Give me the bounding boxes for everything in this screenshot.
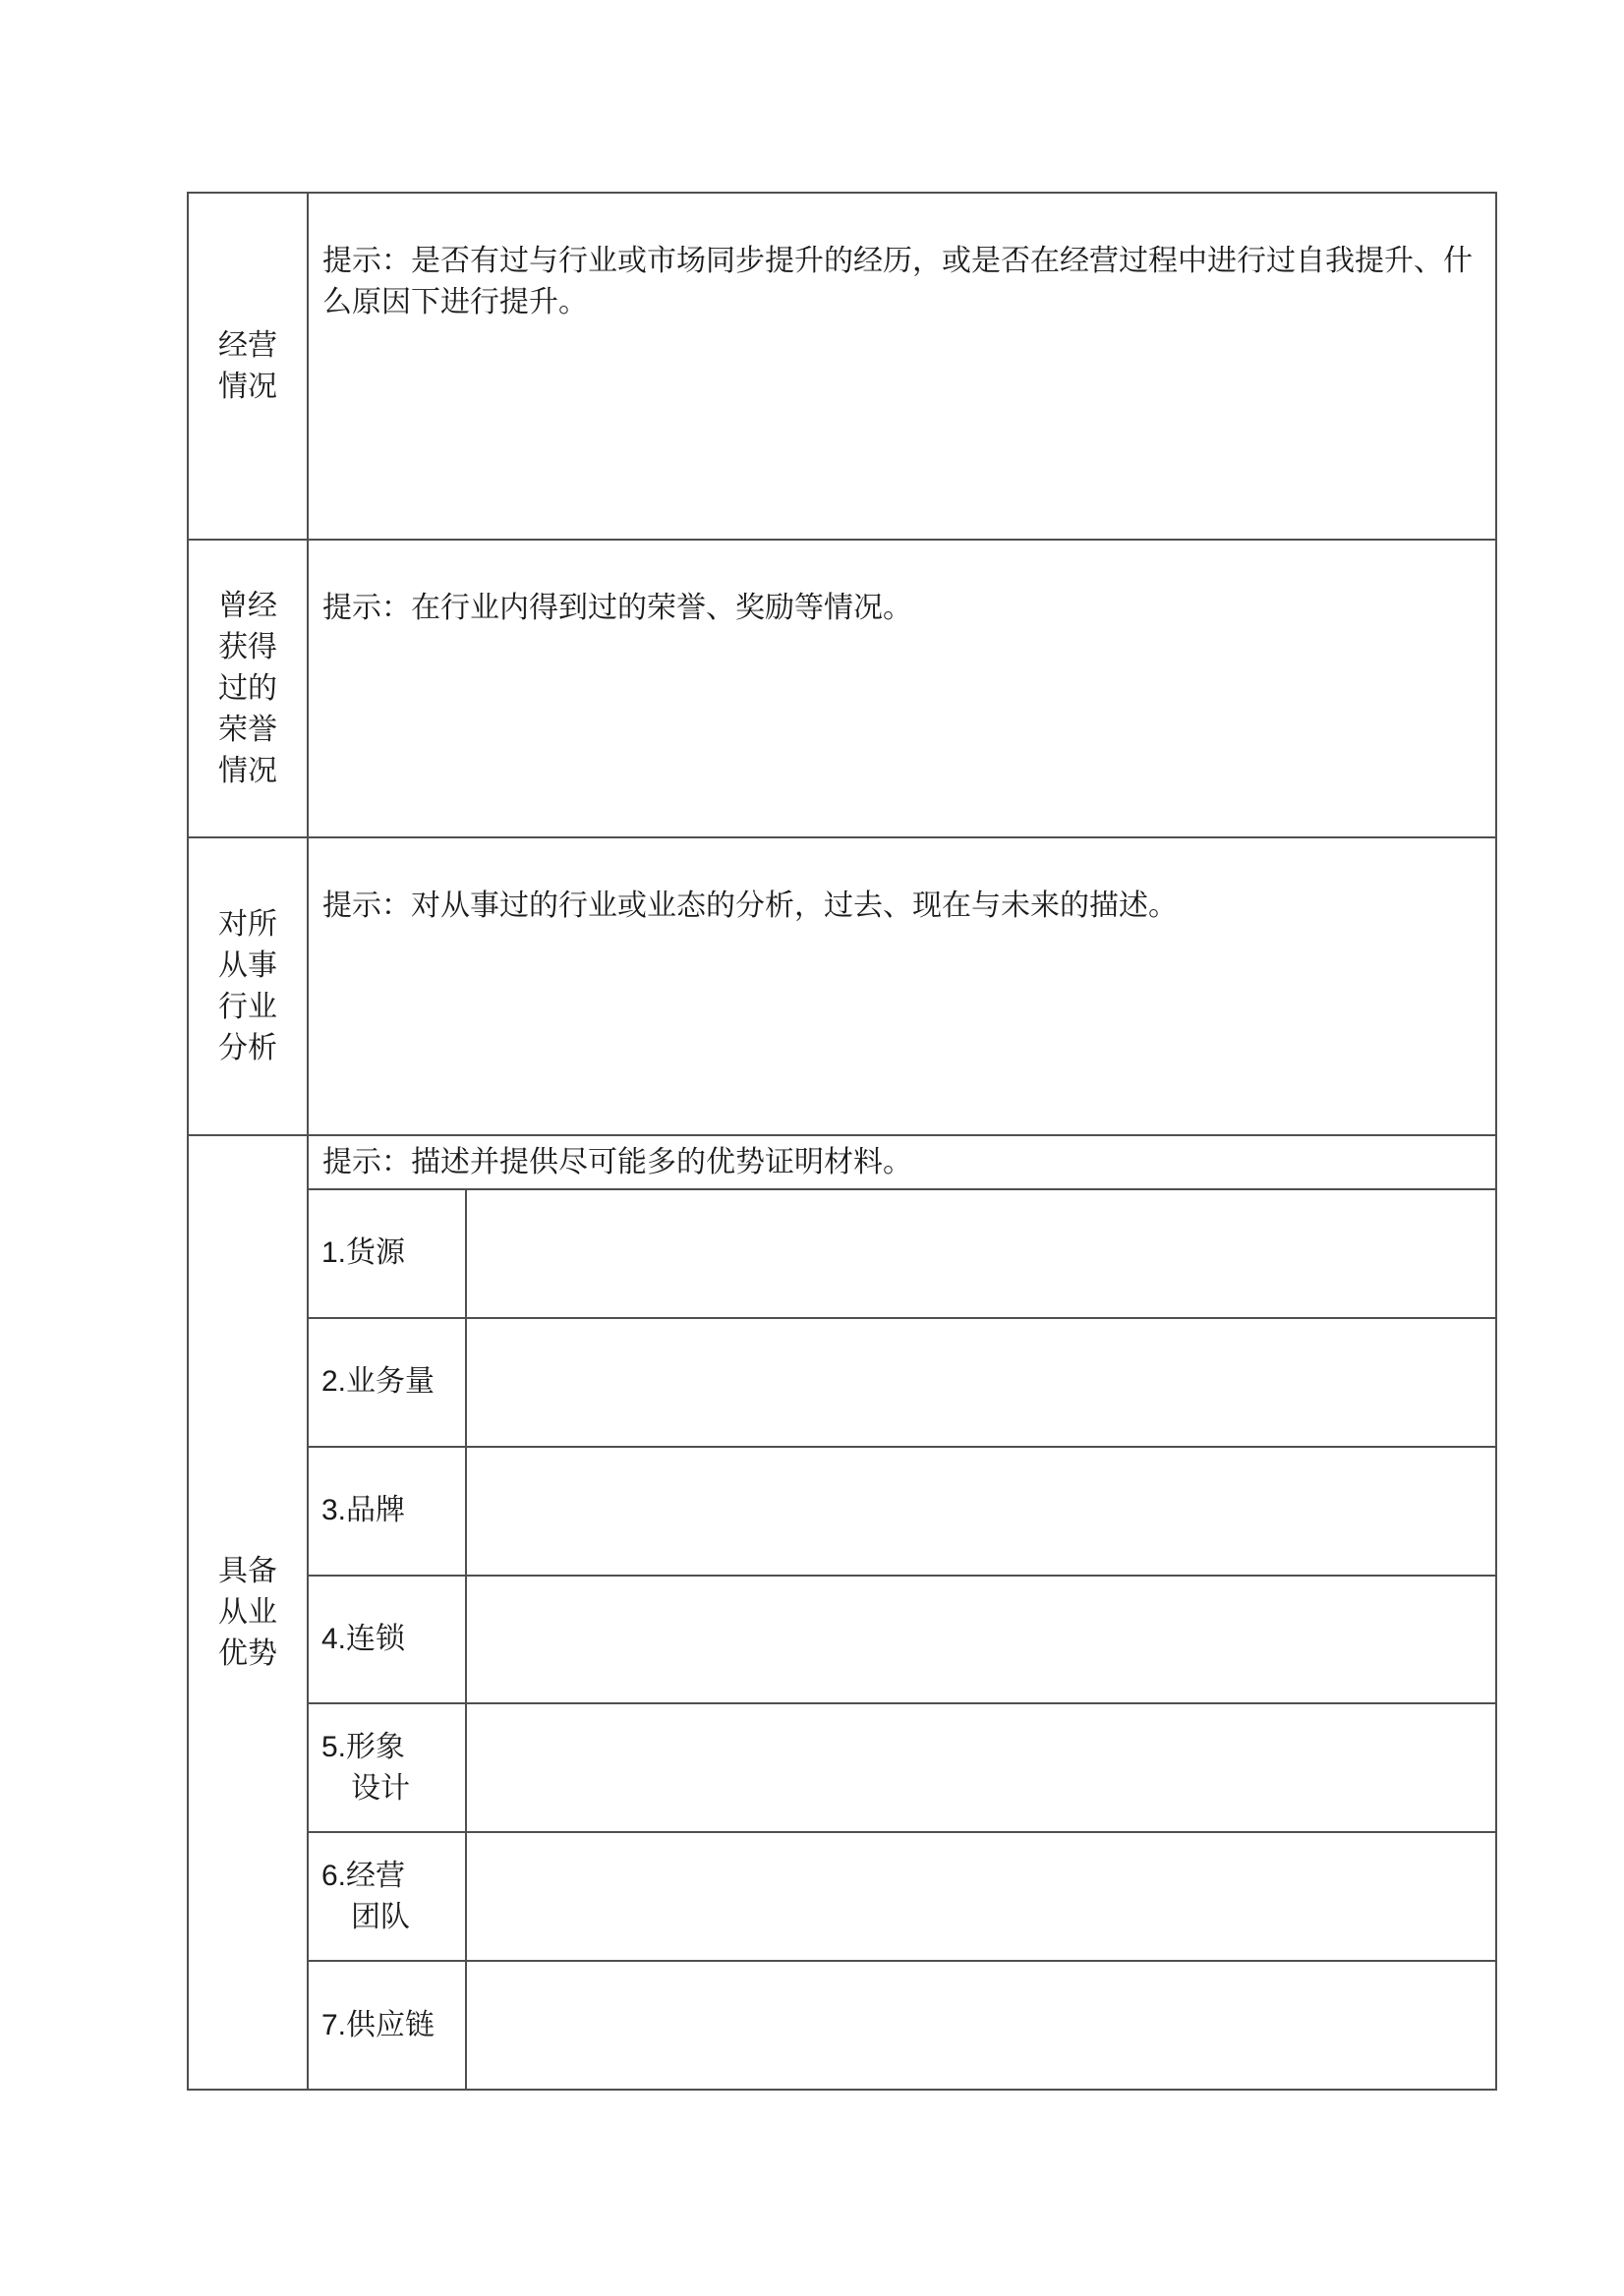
section-content-honors[interactable]: 提示：在行业内得到过的荣誉、奖励等情况。 bbox=[309, 541, 1495, 836]
business-form-table: 经营 情况 提示：是否有过与行业或市场同步提升的经历，或是否在经营过程中进行过自… bbox=[187, 192, 1497, 2091]
advantage-value-cell-supply-source[interactable] bbox=[467, 1190, 1495, 1317]
advantage-value-cell-brand[interactable] bbox=[467, 1448, 1495, 1575]
advantage-value-cell-chain[interactable] bbox=[467, 1577, 1495, 1703]
advantage-value-cell-supply-chain[interactable] bbox=[467, 1962, 1495, 2089]
hint-text-honors: 提示：在行业内得到过的荣誉、奖励等情况。 bbox=[322, 592, 912, 624]
advantage-row-chain: 4.连锁 bbox=[309, 1577, 1495, 1705]
advantage-label-supply-chain: 7.供应链 bbox=[309, 1962, 467, 2089]
advantage-row-supply-source: 1.货源 bbox=[309, 1190, 1495, 1319]
advantage-value-cell-business-volume[interactable] bbox=[467, 1319, 1495, 1446]
section-label-industry-analysis: 对所 从事 行业 分析 bbox=[189, 838, 309, 1134]
advantage-label-chain: 4.连锁 bbox=[309, 1577, 467, 1703]
advantage-label-business-volume: 2.业务量 bbox=[309, 1319, 467, 1446]
advantage-label-management-team: 6.经营 团队 bbox=[309, 1833, 467, 1960]
hint-text-advantages: 提示：描述并提供尽可能多的优势证明材料。 bbox=[322, 1142, 912, 1183]
hint-text-industry-analysis: 提示：对从事过的行业或业态的分析，过去、现在与未来的描述。 bbox=[322, 890, 1178, 922]
section-row-honors: 曾经 获得 过的 荣誉 情况 提示：在行业内得到过的荣誉、奖励等情况。 bbox=[189, 541, 1495, 838]
advantage-value-cell-management-team[interactable] bbox=[467, 1833, 1495, 1960]
advantage-value-cell-image-design[interactable] bbox=[467, 1704, 1495, 1831]
hint-text-operating-status: 提示：是否有过与行业或市场同步提升的经历，或是否在经营过程中进行过自我提升、什 … bbox=[322, 245, 1473, 318]
section-row-advantages: 具备 从业 优势 提示：描述并提供尽可能多的优势证明材料。 1.货源 2.业务量… bbox=[189, 1136, 1495, 2089]
advantage-row-business-volume: 2.业务量 bbox=[309, 1319, 1495, 1448]
section-label-operating-status: 经营 情况 bbox=[189, 194, 309, 539]
advantage-label-brand: 3.品牌 bbox=[309, 1448, 467, 1575]
advantages-hint-row: 提示：描述并提供尽可能多的优势证明材料。 bbox=[309, 1136, 1495, 1190]
section-row-industry-analysis: 对所 从事 行业 分析 提示：对从事过的行业或业态的分析，过去、现在与未来的描述… bbox=[189, 838, 1495, 1136]
section-label-advantages: 具备 从业 优势 bbox=[189, 1136, 309, 2089]
advantage-label-image-design: 5.形象 设计 bbox=[309, 1704, 467, 1831]
advantage-row-image-design: 5.形象 设计 bbox=[309, 1704, 1495, 1833]
advantage-row-supply-chain: 7.供应链 bbox=[309, 1962, 1495, 2089]
section-row-operating-status: 经营 情况 提示：是否有过与行业或市场同步提升的经历，或是否在经营过程中进行过自… bbox=[189, 194, 1495, 541]
advantages-area: 提示：描述并提供尽可能多的优势证明材料。 1.货源 2.业务量 3.品牌 4.连… bbox=[309, 1136, 1495, 2089]
advantage-row-management-team: 6.经营 团队 bbox=[309, 1833, 1495, 1962]
section-label-honors: 曾经 获得 过的 荣誉 情况 bbox=[189, 541, 309, 836]
advantage-label-supply-source: 1.货源 bbox=[309, 1190, 467, 1317]
section-content-operating-status[interactable]: 提示：是否有过与行业或市场同步提升的经历，或是否在经营过程中进行过自我提升、什 … bbox=[309, 194, 1495, 539]
section-content-industry-analysis[interactable]: 提示：对从事过的行业或业态的分析，过去、现在与未来的描述。 bbox=[309, 838, 1495, 1134]
advantage-row-brand: 3.品牌 bbox=[309, 1448, 1495, 1577]
